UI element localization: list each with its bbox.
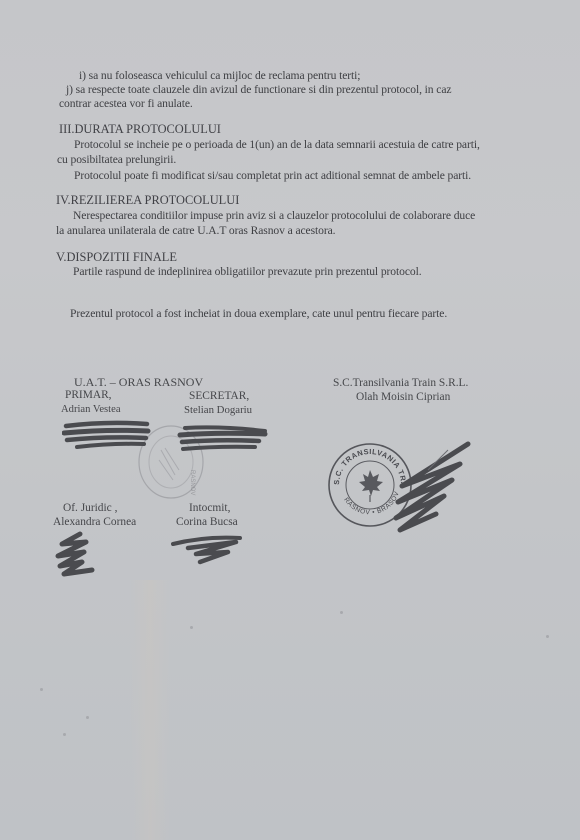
section-4-p1-line1: Nerespectarea conditiilor impuse prin av…: [73, 209, 475, 222]
uat-org-label: U.A.T. – ORAS RASNOV: [74, 375, 203, 390]
section-5-p1: Partile raspund de indeplinirea obligati…: [73, 265, 422, 278]
primar-name: Adrian Vestea: [61, 404, 121, 415]
section-3-p1-line2: cu posibiltatea prelungirii.: [57, 153, 176, 166]
section-3-p1-line1: Protocolul se incheie pe o perioada de 1…: [74, 138, 480, 151]
company-signatory-name: Olah Moisin Ciprian: [356, 391, 450, 403]
section-3-title: III.DURATA PROTOCOLULUI: [59, 122, 221, 137]
paper-speck: [340, 611, 343, 614]
maple-leaf-icon: [359, 470, 383, 502]
clause-j-line1: j) sa respecte toate clauzele din avizul…: [66, 83, 451, 96]
clause-i: i) sa nu foloseasca vehiculul ca mijloc …: [79, 69, 360, 82]
intocmit-role: Intocmit,: [189, 502, 230, 514]
clause-j-line2: contrar acestea vor fi anulate.: [59, 97, 193, 110]
secretar-name: Stelian Dogariu: [184, 404, 252, 416]
closing-statement: Prezentul protocol a fost incheiat in do…: [70, 307, 447, 320]
primar-role: PRIMAR,: [65, 389, 112, 401]
paper-speck: [40, 688, 43, 691]
juridic-name: Alexandra Cornea: [53, 516, 136, 528]
document-page: i) sa nu foloseasca vehiculul ca mijloc …: [0, 0, 580, 840]
section-3-p2: Protocolul poate fi modificat si/sau com…: [74, 169, 471, 182]
paper-speck: [546, 635, 549, 638]
paper-speck: [86, 716, 89, 719]
paper-shadow: [130, 580, 170, 840]
juridic-signature-redacted: [52, 530, 102, 580]
svg-text:RASNOV: RASNOV: [189, 470, 195, 495]
primar-signature-redacted: [62, 420, 152, 452]
intocmit-signature-redacted: [170, 532, 245, 567]
paper-speck: [63, 733, 66, 736]
section-5-title: V.DISPOZITII FINALE: [56, 250, 177, 265]
secretar-role: SECRETAR,: [189, 390, 249, 402]
company-signature-redacted: [388, 440, 478, 535]
section-4-title: IV.REZILIEREA PROTOCOLULUI: [56, 193, 239, 208]
secretar-signature-redacted: [177, 424, 269, 456]
company-org-label: S.C.Transilvania Train S.R.L.: [333, 377, 468, 389]
section-4-p1-line2: la anularea unilaterala de catre U.A.T o…: [56, 224, 335, 237]
juridic-role: Of. Juridic ,: [63, 502, 117, 514]
paper-speck: [190, 626, 193, 629]
intocmit-name: Corina Bucsa: [176, 516, 238, 528]
